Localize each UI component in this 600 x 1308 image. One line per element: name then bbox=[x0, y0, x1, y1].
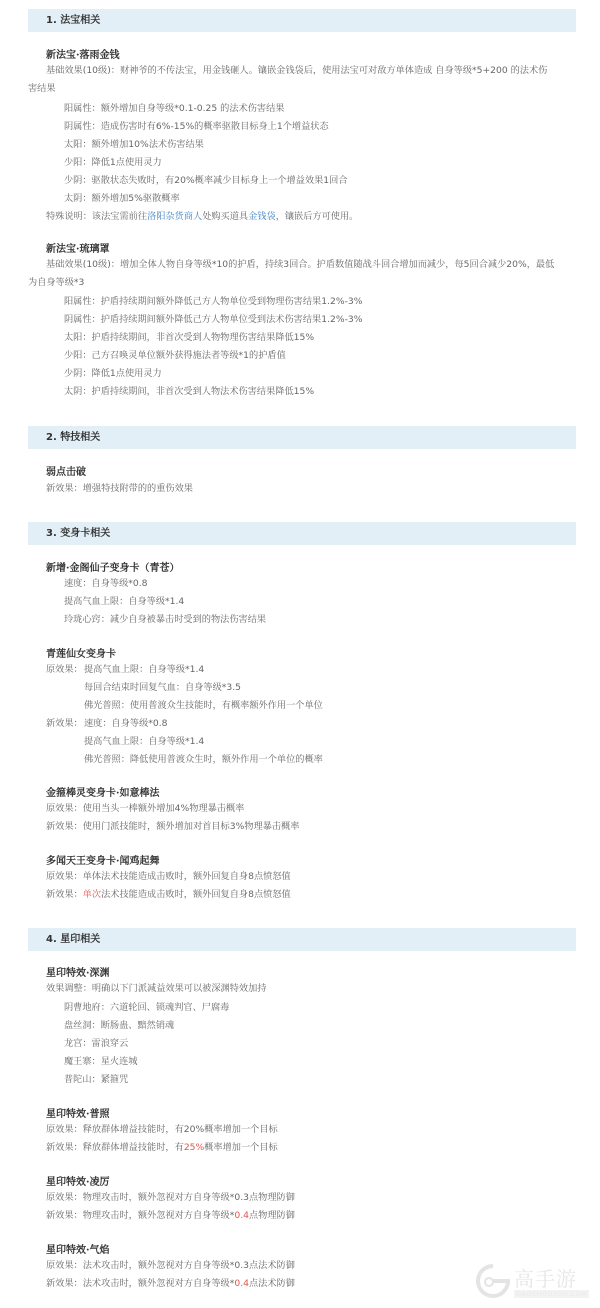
item-title-duowen: 多闻天王变身卡·闻鸡起舞 bbox=[46, 852, 159, 867]
effect-line: 速度：自身等级*0.8 bbox=[64, 578, 148, 590]
attribute-line: 太阳：护盾持续期间，非首次受到人物物理伤害结果降低15% bbox=[64, 332, 314, 344]
section-header-fabao: 1. 法宝相关 bbox=[28, 9, 576, 32]
money-bag-link[interactable]: 金钱袋 bbox=[248, 211, 276, 222]
new-prefix: 新效果： bbox=[46, 889, 83, 900]
note-middle: 处购买道具 bbox=[202, 211, 248, 222]
attribute-line: 少阴：降低1点使用灵力 bbox=[64, 368, 162, 380]
item-title-lingli: 星印特效·凌厉 bbox=[46, 1173, 109, 1188]
merchant-link[interactable]: 洛阳杂货商人 bbox=[147, 211, 202, 222]
school-line: 龙宫：雷浪穿云 bbox=[64, 1038, 128, 1050]
item-title-jinge: 新增·金阁仙子变身卡（青苍） bbox=[46, 559, 179, 574]
item-title-qinglian: 青莲仙女变身卡 bbox=[46, 645, 116, 660]
new-line: 提高气血上限：自身等级*1.4 bbox=[84, 736, 204, 748]
highlight-text: 单次 bbox=[83, 889, 101, 900]
school-line: 魔王寨：星火连城 bbox=[64, 1056, 138, 1068]
section-header-xingyin: 4. 星印相关 bbox=[28, 928, 576, 951]
effect-line: 新效果：增强特技附带的的重伤效果 bbox=[46, 483, 193, 495]
watermark-url: GAOSHOUYOU.COM bbox=[514, 1290, 589, 1298]
new-line: 新效果：使用门派技能时，额外增加对首目标3%物理暴击概率 bbox=[46, 821, 299, 833]
new-prefix: 新效果：释放群体增益技能时，有 bbox=[46, 1142, 184, 1153]
original-line: 原效果：释放群体增益技能时，有20%概率增加一个目标 bbox=[46, 1124, 278, 1136]
original-line: 每回合结束时回复气血：自身等级*3.5 bbox=[84, 682, 241, 694]
item-title-shenyuan: 星印特效·深渊 bbox=[46, 964, 109, 979]
item-title-jingubang: 金箍棒灵变身卡·如意棒法 bbox=[46, 784, 159, 799]
base-effect-wrap: 为自身等级*3 bbox=[28, 277, 84, 289]
intro-line: 效果调整：明确以下门派减益效果可以被深渊特效加持 bbox=[46, 983, 267, 995]
highlight-text: 25% bbox=[184, 1142, 204, 1153]
school-line: 阴曹地府：六道轮回、锁魂判官、尸腐毒 bbox=[64, 1002, 229, 1014]
section-header-bianshenka: 3. 变身卡相关 bbox=[28, 522, 576, 545]
section-header-teji: 2. 特技相关 bbox=[28, 426, 576, 449]
original-line: 提高气血上限：自身等级*1.4 bbox=[84, 664, 204, 676]
note-suffix: ，镶嵌后方可使用。 bbox=[276, 211, 359, 222]
original-line: 原效果：物理攻击时，额外忽视对方自身等级*0.3点物理防御 bbox=[46, 1192, 295, 1204]
original-label: 原效果： bbox=[46, 664, 83, 676]
school-line: 普陀山：紧箍咒 bbox=[64, 1074, 128, 1086]
item-title-liulizhao: 新法宝·琉璃罩 bbox=[46, 240, 109, 255]
attribute-line: 太阴：额外增加5%驱散概率 bbox=[64, 193, 180, 205]
special-note: 特殊说明：该法宝需前往洛阳杂货商人处购买道具金钱袋，镶嵌后方可使用。 bbox=[46, 211, 358, 223]
attribute-line: 少阳：己方召唤灵单位额外获得施法者等级*1的护盾值 bbox=[64, 350, 286, 362]
new-suffix: 概率增加一个目标 bbox=[204, 1142, 278, 1153]
item-title-luoyujinqian: 新法宝·落雨金钱 bbox=[46, 46, 119, 61]
new-suffix: 点物理防御 bbox=[249, 1210, 295, 1221]
item-title-puzhao: 星印特效·普照 bbox=[46, 1105, 109, 1120]
new-line: 新效果：物理攻击时，额外忽视对方自身等级*0.4点物理防御 bbox=[46, 1210, 295, 1222]
new-line: 新效果：法术攻击时，额外忽视对方自身等级*0.4点法术防御 bbox=[46, 1278, 295, 1290]
original-line: 原效果：单体法术技能造成击败时，额外回复自身8点愤怒值 bbox=[46, 871, 291, 883]
attribute-line: 阳属性：护盾持续期间额外降低己方人物单位受到物理伤害结果1.2%-3% bbox=[64, 296, 362, 308]
item-title-ruodianjipo: 弱点击破 bbox=[46, 463, 86, 478]
new-label: 新效果： bbox=[46, 718, 83, 730]
new-suffix: 点法术防御 bbox=[249, 1278, 295, 1289]
watermark-text: 高手游 bbox=[514, 1263, 577, 1292]
attribute-line: 阴属性：造成伤害时有6%-15%的概率驱散目标身上1个增益状态 bbox=[64, 121, 329, 133]
original-line: 原效果：法术攻击时，额外忽视对方自身等级*0.3点法术防御 bbox=[46, 1260, 295, 1272]
effect-line: 提高气血上限：自身等级*1.4 bbox=[64, 596, 184, 608]
base-effect: 基础效果(10级)：财神爷的不传法宝，用金钱砸人。镶嵌金钱袋后，使用法宝可对敌方… bbox=[46, 65, 547, 77]
base-effect: 基础效果(10级)：增加全体人物自身等级*10的护盾，持续3回合。护盾数值随战斗… bbox=[46, 259, 554, 271]
base-effect-wrap: 害结果 bbox=[28, 83, 56, 95]
effect-line: 玲珑心窍：减少自身被暴击时受到的物法伤害结果 bbox=[64, 614, 266, 626]
new-line: 新效果：释放群体增益技能时，有25%概率增加一个目标 bbox=[46, 1142, 278, 1154]
gaoshouyou-logo-icon bbox=[476, 1264, 510, 1298]
school-line: 盘丝洞：断肠蛊、黯然销魂 bbox=[64, 1020, 174, 1032]
note-prefix: 特殊说明：该法宝需前往 bbox=[46, 211, 147, 222]
new-line: 新效果：单次法术技能造成击败时，额外回复自身8点愤怒值 bbox=[46, 889, 291, 901]
new-prefix: 新效果：物理攻击时，额外忽视对方自身等级* bbox=[46, 1210, 234, 1221]
original-line: 原效果：使用当头一棒额外增加4%物理暴击概率 bbox=[46, 803, 244, 815]
watermark: 高手游 GAOSHOUYOU.COM bbox=[476, 1262, 596, 1304]
attribute-line: 少阴：驱散状态失败时，有20%概率减少目标身上一个增益效果1回合 bbox=[64, 175, 348, 187]
original-line: 佛光普照：使用普渡众生技能时，有概率额外作用一个单位 bbox=[84, 700, 323, 712]
attribute-line: 太阴：护盾持续期间，非首次受到人物法术伤害结果降低15% bbox=[64, 386, 314, 398]
highlight-text: 0.4 bbox=[234, 1210, 249, 1221]
item-title-qiyan: 星印特效·气焰 bbox=[46, 1241, 109, 1256]
highlight-text: 0.4 bbox=[234, 1278, 249, 1289]
new-line: 佛光普照：降低使用普渡众生时，额外作用一个单位的概率 bbox=[84, 754, 323, 766]
attribute-line: 阳属性：额外增加自身等级*0.1-0.25 的法术伤害结果 bbox=[64, 103, 284, 115]
attribute-line: 少阳：降低1点使用灵力 bbox=[64, 157, 162, 169]
attribute-line: 太阳：额外增加10%法术伤害结果 bbox=[64, 139, 204, 151]
new-line: 速度：自身等级*0.8 bbox=[84, 718, 168, 730]
attribute-line: 阴属性：护盾持续期间额外降低己方人物单位受到法术伤害结果1.2%-3% bbox=[64, 314, 362, 326]
new-suffix: 法术技能造成击败时，额外回复自身8点愤怒值 bbox=[101, 889, 291, 900]
new-prefix: 新效果：法术攻击时，额外忽视对方自身等级* bbox=[46, 1278, 234, 1289]
